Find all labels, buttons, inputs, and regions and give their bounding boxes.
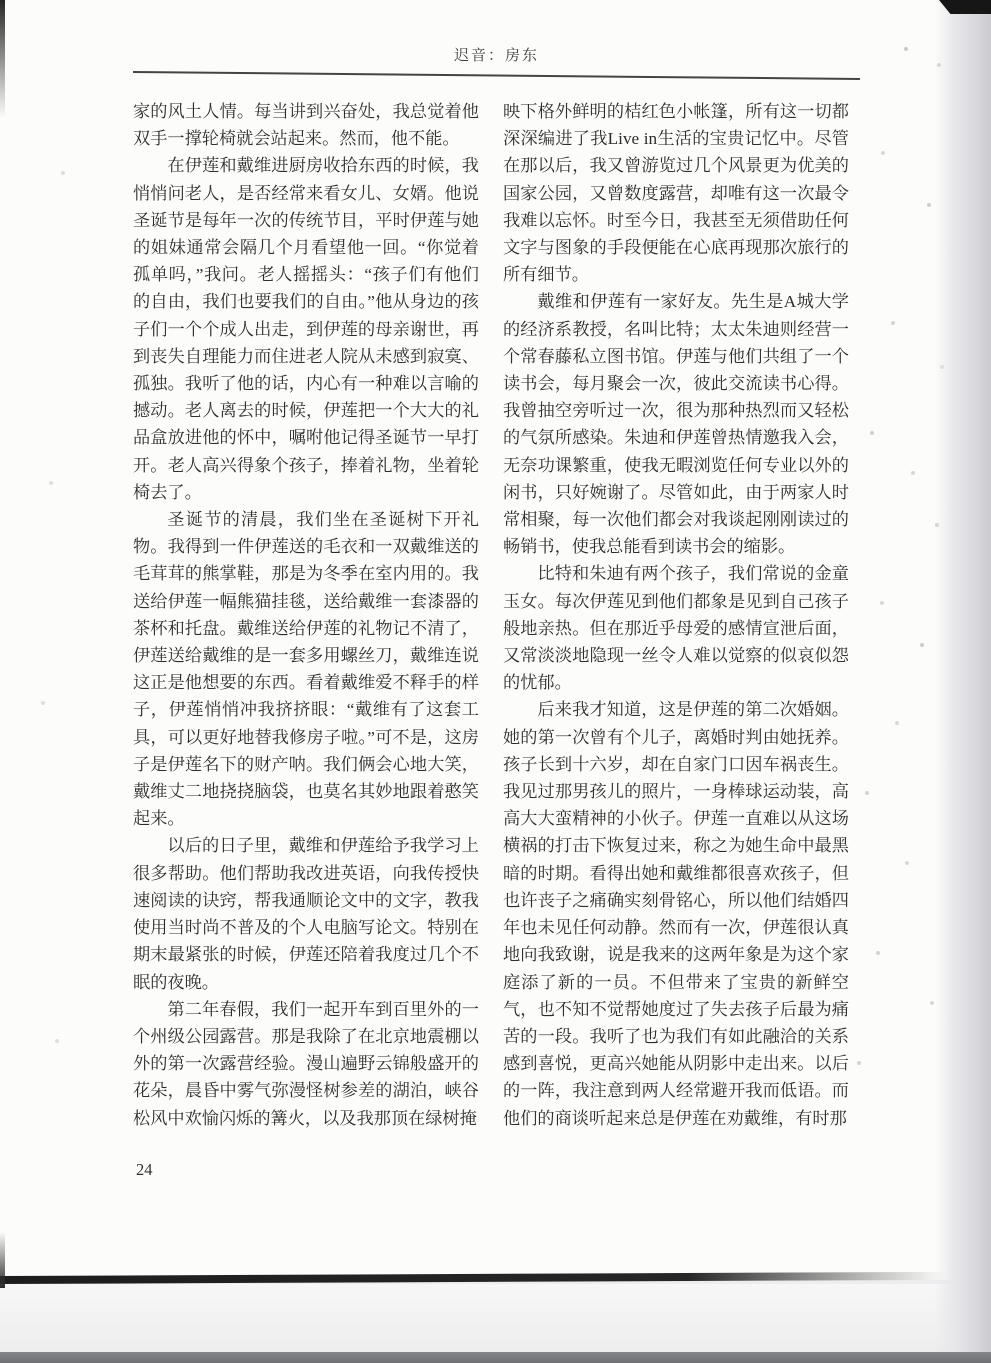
- scan-underlying-surface: [0, 1284, 991, 1352]
- paragraph: 在伊莲和戴维进厨房收拾东西的时候，我悄悄问老人，是否经常来看女儿、女婿。他说圣诞…: [133, 152, 479, 506]
- left-text-column: 家的风土人情。每当讲到兴奋处，我总觉着他双手一撑轮椅就会站起来。然而，他不能。 …: [133, 98, 479, 1132]
- paragraph: 家的风土人情。每当讲到兴奋处，我总觉着他双手一撑轮椅就会站起来。然而，他不能。: [133, 98, 479, 152]
- paragraph: 以后的日子里，戴维和伊莲给予我学习上很多帮助。他们帮助我改进英语，向我传授快速阅…: [133, 832, 479, 995]
- page-number: 24: [136, 1160, 153, 1180]
- right-text-column: 映下格外鲜明的桔红色小帐篷，所有这一切都深深编进了我Live in生活的宝贵记忆…: [503, 98, 849, 1132]
- paragraph: 比特和朱迪有两个孩子，我们常说的金童玉女。每次伊莲见到他们都象是见到自己孩子般地…: [503, 560, 849, 696]
- header-rule-divider: [133, 71, 860, 80]
- scanner-bed-strip: [0, 1352, 991, 1363]
- scanned-page: 迟音：房东 家的风土人情。每当讲到兴奋处，我总觉着他双手一撑轮椅就会站起来。然而…: [0, 0, 991, 1280]
- paragraph: 后来我才知道，这是伊莲的第二次婚姻。她的第一次曾有个儿子，离婚时判由她抚养。孩子…: [503, 696, 849, 1131]
- paragraph: 戴维和伊莲有一家好友。先生是A城大学的经济系教授，名叫比特；太太朱迪则经营一个常…: [503, 288, 849, 560]
- paragraph: 圣诞节的清晨，我们坐在圣诞树下开礼物。我得到一件伊莲送的毛衣和一双戴维送的毛茸茸…: [133, 506, 479, 832]
- scan-edge-shadow-bottom-left: [0, 1232, 5, 1288]
- page-right-edge-gradient: [935, 0, 991, 1363]
- paragraph: 映下格外鲜明的桔红色小帐篷，所有这一切都深深编进了我Live in生活的宝贵记忆…: [503, 98, 849, 288]
- scan-edge-shadow-top-left: [0, 0, 5, 118]
- paragraph: 第二年春假，我们一起开车到百里外的一个州级公园露营。那是我除了在北京地震棚以外的…: [133, 996, 479, 1132]
- running-header-title: 迟音：房东: [133, 44, 860, 65]
